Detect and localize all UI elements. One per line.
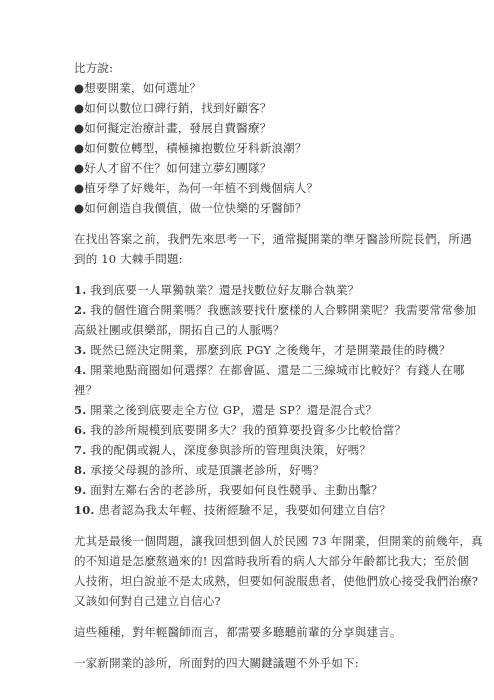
question-item: 5. 開業之後到底要走全方位 GP，還是 SP？還是混合式？ [74, 403, 377, 417]
question-number: 8. [74, 463, 86, 477]
question-text: 面對左鄰右舍的老診所，我要如何良性競爭、主動出擊？ [90, 483, 383, 497]
reflection-paragraph-line: 又該如何對自己建立自信心? [74, 594, 221, 608]
question-text: 既然已經決定開業，那麼到底 PGY 之後幾年，才是開業最佳的時機？ [90, 343, 450, 357]
question-text: 患者認為我太年輕、技術經驗不足，我要如何建立自信？ [98, 503, 391, 517]
question-number: 3. [74, 343, 86, 357]
question-item: 10. 患者認為我太年輕、技術經驗不足，我要如何建立自信？ [74, 503, 391, 517]
question-text: 承接父母親的診所、或是頂讓老診所，好嗎？ [90, 463, 324, 477]
bullet-item: ●想要開業，如何選址？ [74, 81, 201, 95]
question-number: 9. [74, 483, 86, 497]
bullet-item: ●如何數位轉型，積極擁抱數位牙科新浪潮？ [74, 141, 307, 155]
question-number: 5. [74, 403, 86, 417]
question-text: 開業之後到底要走全方位 GP，還是 SP？還是混合式？ [90, 403, 377, 417]
question-text: 我的配偶或親人，深度參與診所的管理與決策，好嗎？ [90, 443, 371, 457]
question-text: 我的個性適合開業嗎？我應該要找什麼樣的人合夥開業呢？我需要常常參加 [90, 303, 476, 317]
question-number: 7. [74, 443, 86, 457]
reflection-paragraph-line: 人技術，坦白說並不是太成熟，但要如何說服患者，使他們放心接受我們治療? [74, 574, 478, 588]
question-item: 4. 開業地點商圈如何選擇？在都會區、還是二三線城市比較好？有錢人在哪 [74, 363, 465, 377]
question-text: 開業地點商圈如何選擇？在都會區、還是二三線城市比較好？有錢人在哪 [90, 363, 464, 377]
question-item: 7. 我的配偶或親人，深度參與診所的管理與決策，好嗎？ [74, 443, 371, 457]
question-number: 4. [74, 363, 86, 377]
reflection-paragraph-line: 的不知道是怎麼熬過來的! 因當時我所看的病人大部分年齡都比我大；至於個 [74, 554, 469, 568]
bullet-item: ●如何創造自我價值，做一位快樂的牙醫師？ [74, 201, 307, 215]
advice-paragraph: 這些種種，對年輕醫師而言，都需要多聽聽前輩的分享與建言。 [74, 625, 402, 639]
question-item: 3. 既然已經決定開業，那麼到底 PGY 之後幾年，才是開業最佳的時機？ [74, 343, 451, 357]
question-number: 10. [74, 503, 95, 517]
question-text-continued: 裡？ [74, 383, 97, 397]
question-item: 1. 我到底要一人單獨執業？還是找數位好友聯合執業？ [74, 283, 359, 297]
question-number: 6. [74, 423, 86, 437]
question-number: 2. [74, 303, 86, 317]
reflection-paragraph-line: 尤其是最後一個問題，讓我回想到個人於民國 73 年開業，但開業的前幾年，真 [74, 534, 483, 548]
bullet-item: ●如何以數位口碑行銷，找到好顧客？ [74, 101, 271, 115]
intro-label: 比方說: [74, 61, 113, 75]
bullet-item: ●好人才留不住？如何建立夢幻團隊？ [74, 161, 271, 175]
bullet-item: ●如何擬定治療計畫，發展自費醫療？ [74, 121, 271, 135]
question-item: 6. 我的診所規模到底要開多大？我的預算要投資多少比較恰當？ [74, 423, 406, 437]
question-text: 我到底要一人單獨執業？還是找數位好友聯合執業？ [90, 283, 359, 297]
question-item: 2. 我的個性適合開業嗎？我應該要找什麼樣的人合夥開業呢？我需要常常參加 [74, 303, 476, 317]
question-number: 1. [74, 283, 86, 297]
question-text-continued: 高級社團或俱樂部，開拓自己的人脈嗎？ [74, 323, 285, 337]
question-item: 8. 承接父母親的診所、或是頂讓老診所，好嗎？ [74, 463, 324, 477]
closing-paragraph: 一家新開業的診所，所面對的四大關鍵議題不外乎如下: [74, 656, 359, 670]
question-item: 9. 面對左鄰右舍的老診所，我要如何良性競爭、主動出擊？ [74, 483, 383, 497]
lead-paragraph-line: 到的 10 大棘手問題: [74, 252, 183, 266]
question-text: 我的診所規模到底要開多大？我的預算要投資多少比較恰當？ [90, 423, 406, 437]
lead-paragraph-line: 在找出答案之前，我們先來思考一下，通常擬開業的準牙醫診所院長們，所遇 [74, 232, 472, 246]
bullet-item: ●植牙學了好幾年，為何一年植不到幾個病人？ [74, 181, 318, 195]
